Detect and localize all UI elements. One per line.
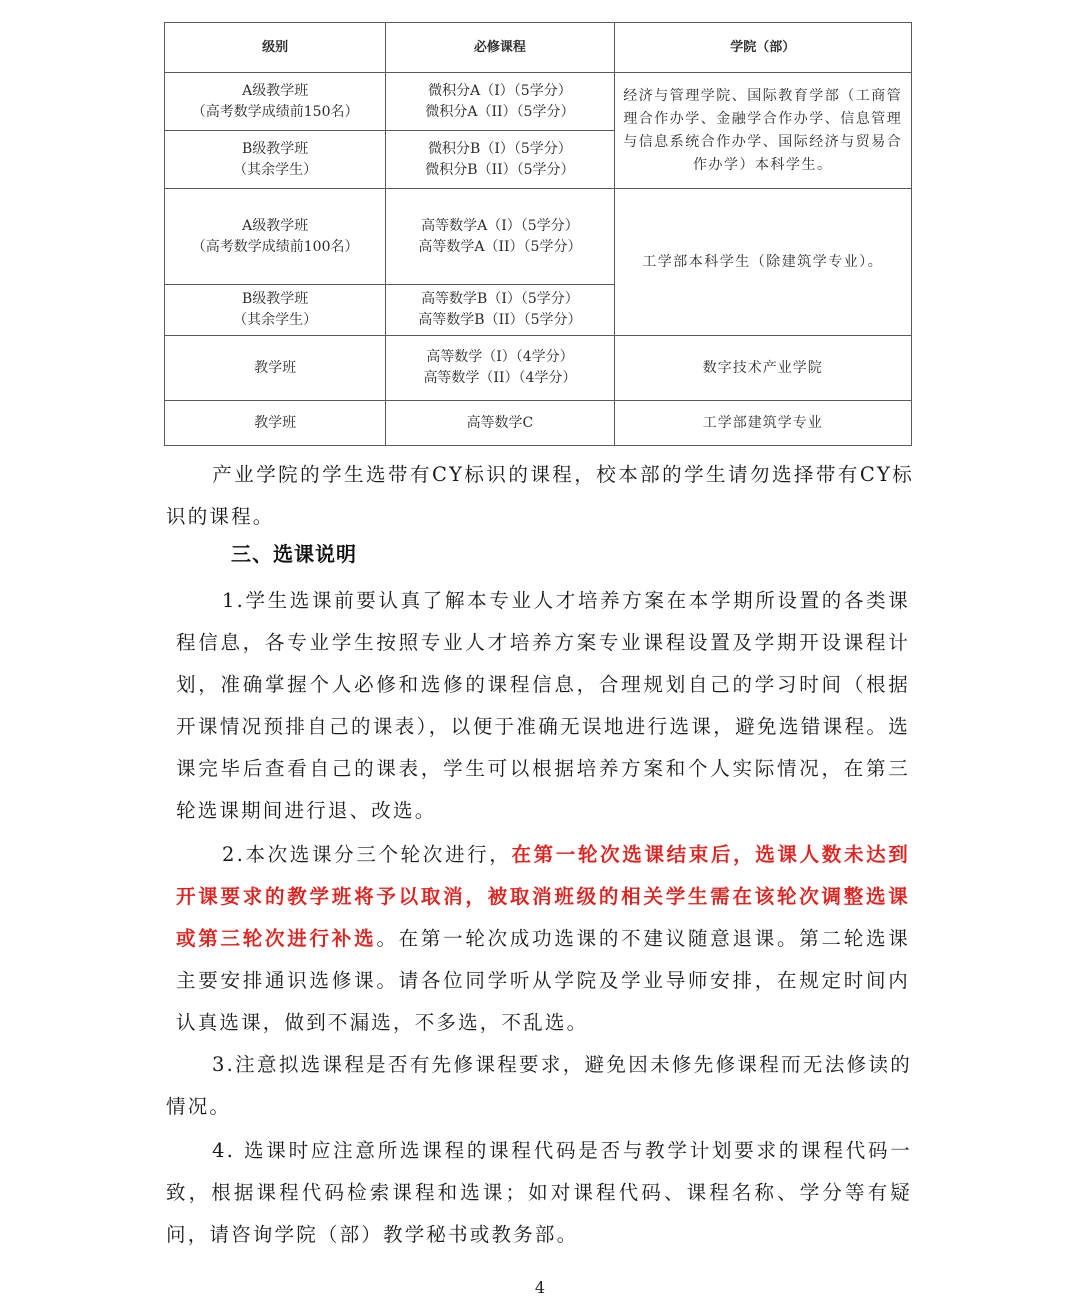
instruction-item-1: 1.学生选课前要认真了解本专业人才培养方案在本学期所设置的各类课程信息，各专业学… [176, 580, 910, 832]
item-text: 3.注意拟选课程是否有先修课程要求，避免因未修先修课程而无法修读的情况。 [166, 1053, 912, 1118]
college-cell: 工学部本科学生（除建筑学专业）。 [614, 189, 911, 336]
course-cell: 高等数学A（I）（5学分） 高等数学A（II）（5学分） [386, 189, 614, 285]
header-college: 学院（部） [614, 23, 911, 73]
level-criteria: （其余学生） [169, 310, 381, 331]
item-text: 2.本次选课分三个轮次进行， [222, 843, 511, 866]
level-cell: B级教学班 （其余学生） [165, 131, 386, 189]
level-name: A级教学班 [169, 81, 381, 102]
course-name: 高等数学（I）（4学分） [390, 347, 609, 368]
level-criteria: （高考数学成绩前150名） [169, 102, 381, 123]
course-requirements-table: 级别 必修课程 学院（部） A级教学班 （高考数学成绩前150名） 微积分A（I… [164, 22, 912, 446]
course-name: 微积分B（I）（5学分） [390, 139, 609, 160]
level-criteria: （高考数学成绩前100名） [169, 237, 381, 258]
level-cell: A级教学班 （高考数学成绩前150名） [165, 73, 386, 131]
course-name: 高等数学A（I）（5学分） [390, 216, 609, 237]
document-page: 级别 必修课程 学院（部） A级教学班 （高考数学成绩前150名） 微积分A（I… [0, 0, 1080, 1308]
level-name: B级教学班 [169, 289, 381, 310]
college-cell: 经济与管理学院、国际教育学部（工商管理合作办学、金融学合作办学、信息管理与信息系… [614, 73, 911, 189]
item-text: 4. 选课时应注意所选课程的课程代码是否与教学计划要求的课程代码一致，根据课程代… [166, 1139, 912, 1246]
level-name: B级教学班 [169, 139, 381, 160]
table-row: A级教学班 （高考数学成绩前150名） 微积分A（I）（5学分） 微积分A（II… [165, 73, 912, 131]
instruction-item-2: 2.本次选课分三个轮次进行，在第一轮次选课结束后，选课人数未达到开课要求的教学班… [176, 834, 910, 1044]
level-name: 教学班 [169, 358, 381, 379]
course-cell: 微积分B（I）（5学分） 微积分B（II）（5学分） [386, 131, 614, 189]
level-criteria: （其余学生） [169, 160, 381, 181]
header-required-course: 必修课程 [386, 23, 614, 73]
level-cell: B级教学班 （其余学生） [165, 285, 386, 336]
cy-course-note: 产业学院的学生选带有CY标识的课程，校本部的学生请勿选择带有CY标识的课程。 [166, 454, 914, 538]
level-name: A级教学班 [169, 216, 381, 237]
college-cell: 数字技术产业学院 [614, 336, 911, 401]
instruction-item-3: 3.注意拟选课程是否有先修课程要求，避免因未修先修课程而无法修读的情况。 [166, 1044, 912, 1128]
course-name: 微积分B（II）（5学分） [390, 160, 609, 181]
course-name: 微积分A（II）（5学分） [390, 102, 609, 123]
table-row: A级教学班 （高考数学成绩前100名） 高等数学A（I）（5学分） 高等数学A（… [165, 189, 912, 285]
college-cell: 工学部建筑学专业 [614, 401, 911, 446]
course-name: 高等数学（II）（4学分） [390, 368, 609, 389]
page-number: 4 [0, 1278, 1080, 1297]
level-cell: 教学班 [165, 401, 386, 446]
level-cell: A级教学班 （高考数学成绩前100名） [165, 189, 386, 285]
course-name: 高等数学A（II）（5学分） [390, 237, 609, 258]
level-cell: 教学班 [165, 336, 386, 401]
header-level: 级别 [165, 23, 386, 73]
section-heading: 三、选课说明 [231, 538, 357, 567]
course-cell: 高等数学C [386, 401, 614, 446]
course-cell: 高等数学B（I）（5学分） 高等数学B（II）（5学分） [386, 285, 614, 336]
level-name: 教学班 [169, 413, 381, 434]
item-text: 1.学生选课前要认真了解本专业人才培养方案在本学期所设置的各类课程信息，各专业学… [176, 589, 910, 822]
table-row: 教学班 高等数学（I）（4学分） 高等数学（II）（4学分） 数字技术产业学院 [165, 336, 912, 401]
course-name: 高等数学C [390, 413, 609, 434]
course-cell: 微积分A（I）（5学分） 微积分A（II）（5学分） [386, 73, 614, 131]
course-cell: 高等数学（I）（4学分） 高等数学（II）（4学分） [386, 336, 614, 401]
course-name: 微积分A（I）（5学分） [390, 81, 609, 102]
course-name: 高等数学B（I）（5学分） [390, 289, 609, 310]
course-name: 高等数学B（II）（5学分） [390, 310, 609, 331]
note-text: 产业学院的学生选带有CY标识的课程，校本部的学生请勿选择带有CY标识的课程。 [166, 463, 914, 528]
table-header-row: 级别 必修课程 学院（部） [165, 23, 912, 73]
instruction-item-4: 4. 选课时应注意所选课程的课程代码是否与教学计划要求的课程代码一致，根据课程代… [166, 1130, 912, 1256]
table-row: 教学班 高等数学C 工学部建筑学专业 [165, 401, 912, 446]
